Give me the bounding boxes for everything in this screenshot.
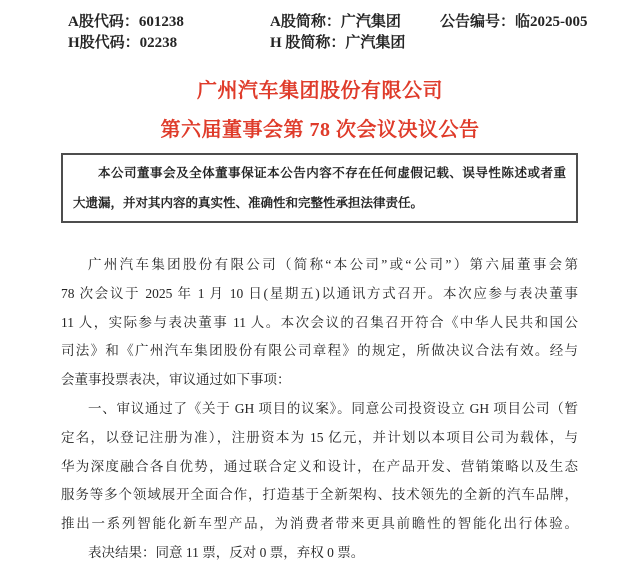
- document-line: 服务等多个领域展开全面合作，打造基于全新架构、技术领先的全新的汽车品牌，: [61, 481, 578, 510]
- h-share-name: H 股简称：广汽集团: [270, 33, 440, 54]
- document-line: 本公司董事会及全体董事保证本公告内容不存在任何虚假记载、误导性陈述或者重: [73, 158, 566, 188]
- document-line: 11 人，实际参与表决董事 11 人。本次会议的召集召开符合《中华人民共和国公: [61, 309, 578, 338]
- document-line: 大遗漏，并对其内容的真实性、准确性和完整性承担法律责任。: [73, 188, 566, 218]
- header-spacer: [440, 33, 610, 54]
- stock-info-row-1: A股代码：601238 A股简称：广汽集团 公告编号：临2025-005: [68, 12, 610, 33]
- document-line: 司法》和《广州汽车集团股份有限公司章程》的规定，所做决议合法有效。经与: [61, 337, 578, 366]
- disclaimer-box: 本公司董事会及全体董事保证本公告内容不存在任何虚假记载、误导性陈述或者重大遗漏，…: [61, 153, 578, 223]
- document-line: 78 次会议于 2025 年 1 月 10 日(星期五)以通讯方式召开。本次应参…: [61, 280, 578, 309]
- announcement-page: A股代码：601238 A股简称：广汽集团 公告编号：临2025-005 H股代…: [0, 0, 640, 564]
- document-line: 会董事投票表决，审议通过如下事项：: [61, 366, 578, 395]
- announcement-number: 公告编号：临2025-005: [440, 12, 610, 33]
- stock-info-header: A股代码：601238 A股简称：广汽集团 公告编号：临2025-005 H股代…: [0, 0, 640, 54]
- document-line: 推出一系列智能化新车型产品，为消费者带来更具前瞻性的智能化出行体验。: [61, 510, 578, 539]
- h-share-code: H股代码：02238: [68, 33, 270, 54]
- document-line: 表决结果：同意 11 票，反对 0 票，弃权 0 票。: [61, 539, 578, 564]
- document-line: 定名，以登记注册为准），注册资本为 15 亿元，并计划以本项目公司为载体，与: [61, 424, 578, 453]
- document-body: 广州汽车集团股份有限公司（简称“本公司”或“公司”）第六届董事会第78 次会议于…: [61, 251, 578, 564]
- document-line: 一、审议通过了《关于 GH 项目的议案》。同意公司投资设立 GH 项目公司（暂: [61, 395, 578, 424]
- document-line: 广州汽车集团股份有限公司（简称“本公司”或“公司”）第六届董事会第: [61, 251, 578, 280]
- a-share-name: A股简称：广汽集团: [270, 12, 440, 33]
- company-name-title: 广州汽车集团股份有限公司: [0, 77, 640, 105]
- resolution-title: 第六届董事会第 78 次会议决议公告: [0, 116, 640, 144]
- a-share-code: A股代码：601238: [68, 12, 270, 33]
- stock-info-row-2: H股代码：02238 H 股简称：广汽集团: [68, 33, 610, 54]
- document-line: 华为深度融合各自优势，通过联合定义和设计，在产品开发、营销策略以及生态: [61, 453, 578, 482]
